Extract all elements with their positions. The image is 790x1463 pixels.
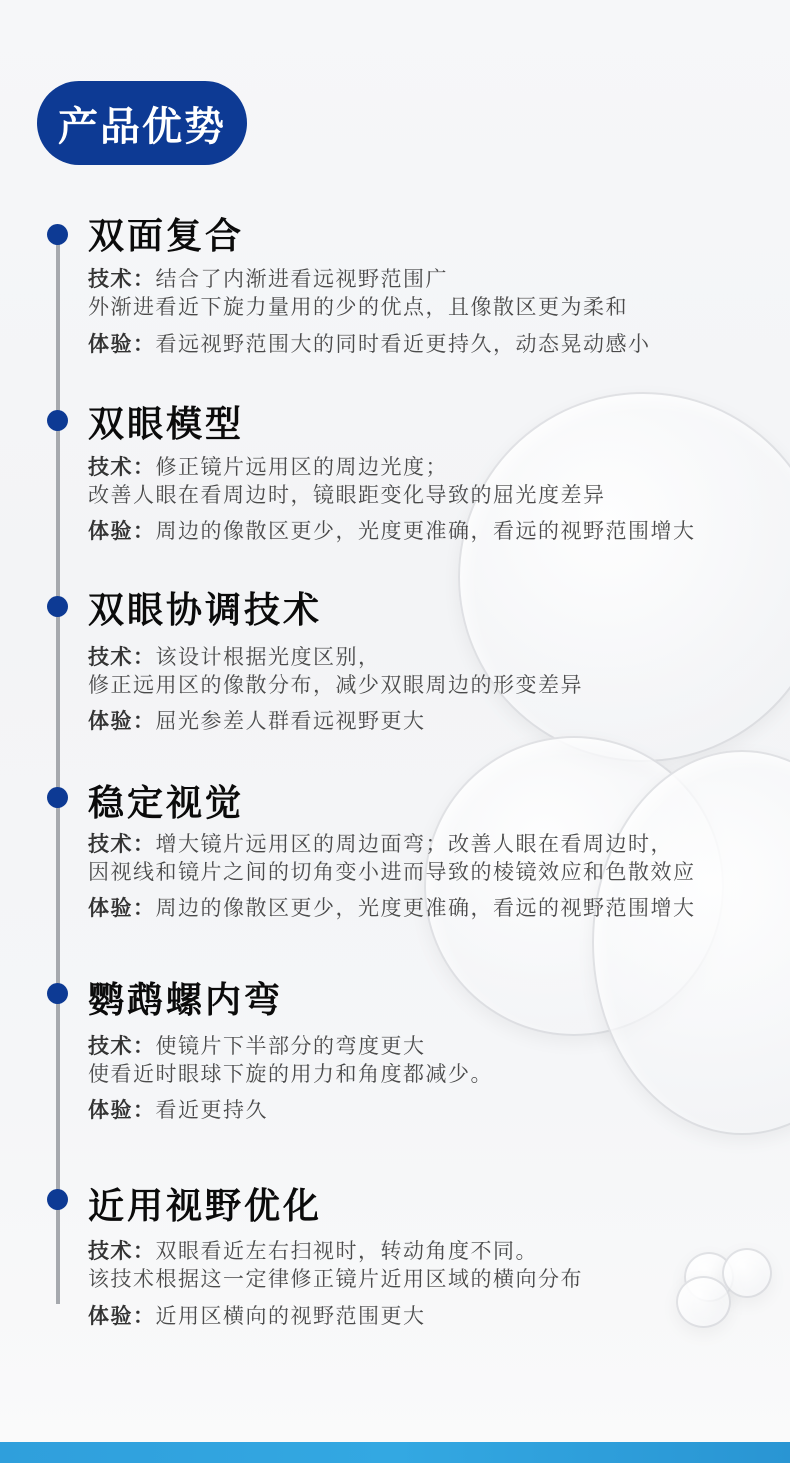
tech-line-2: 修正远用区的像散分布，减少双眼周边的形变差异 <box>88 669 583 699</box>
experience-label: 体验： <box>88 519 156 543</box>
bottom-color-band <box>0 1442 790 1463</box>
timeline-dot-icon <box>47 787 68 808</box>
experience-text: 看远视野范围大的同时看近更持久，动态晃动感小 <box>156 332 651 356</box>
experience-text: 周边的像散区更少，光度更准确，看远的视野范围增大 <box>156 896 696 920</box>
tech-label: 技术： <box>88 1239 156 1263</box>
feature-title: 双眼协调技术 <box>88 582 322 633</box>
tech-line-2: 使看近时眼球下旋的用力和角度都减少。 <box>88 1058 493 1088</box>
tech-label: 技术： <box>88 455 156 479</box>
experience-line: 体验：看远视野范围大的同时看近更持久，动态晃动感小 <box>88 328 651 358</box>
tech-line-1: 技术：修正镜片远用区的周边光度； <box>88 451 448 481</box>
experience-label: 体验： <box>88 1304 156 1328</box>
feature-title: 稳定视觉 <box>88 775 244 826</box>
tech-line-1: 技术：该设计根据光度区别， <box>88 641 381 671</box>
timeline-dot-icon <box>47 596 68 617</box>
tech-text: 该设计根据光度区别， <box>156 645 381 669</box>
tech-line-1: 技术：双眼看近左右扫视时，转动角度不同。 <box>88 1235 538 1265</box>
timeline-dot-icon <box>47 1189 68 1210</box>
experience-line: 体验：屈光参差人群看远视野更大 <box>88 705 426 735</box>
tech-text: 双眼看近左右扫视时，转动角度不同。 <box>156 1239 539 1263</box>
tech-text: 使镜片下半部分的弯度更大 <box>156 1034 426 1058</box>
tech-text: 增大镜片远用区的周边面弯；改善人眼在看周边时， <box>156 832 674 856</box>
lens-decoration-small-2 <box>722 1248 772 1298</box>
experience-line: 体验：看近更持久 <box>88 1094 268 1124</box>
tech-label: 技术： <box>88 832 156 856</box>
tech-line-2: 该技术根据这一定律修正镜片近用区域的横向分布 <box>88 1263 583 1293</box>
experience-label: 体验： <box>88 896 156 920</box>
experience-text: 看近更持久 <box>156 1098 269 1122</box>
tech-label: 技术： <box>88 645 156 669</box>
feature-title: 双眼模型 <box>88 396 244 447</box>
experience-label: 体验： <box>88 709 156 733</box>
experience-line: 体验：周边的像散区更少，光度更准确，看远的视野范围增大 <box>88 892 696 922</box>
feature-title: 鹦鹉螺内弯 <box>88 972 283 1023</box>
lens-decoration-1 <box>458 392 790 762</box>
experience-label: 体验： <box>88 1098 156 1122</box>
tech-line-1: 技术：结合了内渐进看远视野范围广 <box>88 263 448 293</box>
lens-decoration-small-3 <box>676 1276 731 1328</box>
experience-text: 近用区横向的视野范围更大 <box>156 1304 426 1328</box>
section-header-badge: 产品优势 <box>37 81 247 165</box>
experience-text: 周边的像散区更少，光度更准确，看远的视野范围增大 <box>156 519 696 543</box>
timeline-dot-icon <box>47 410 68 431</box>
tech-line-1: 技术：增大镜片远用区的周边面弯；改善人眼在看周边时， <box>88 828 673 858</box>
tech-label: 技术： <box>88 267 156 291</box>
experience-line: 体验：周边的像散区更少，光度更准确，看远的视野范围增大 <box>88 515 696 545</box>
tech-text: 结合了内渐进看远视野范围广 <box>156 267 449 291</box>
timeline-dot-icon <box>47 224 68 245</box>
experience-label: 体验： <box>88 332 156 356</box>
experience-line: 体验：近用区横向的视野范围更大 <box>88 1300 426 1330</box>
feature-title: 双面复合 <box>88 208 244 259</box>
tech-label: 技术： <box>88 1034 156 1058</box>
tech-line-2: 改善人眼在看周边时，镜眼距变化导致的屈光度差异 <box>88 479 606 509</box>
timeline-dot-icon <box>47 983 68 1004</box>
experience-text: 屈光参差人群看远视野更大 <box>156 709 426 733</box>
tech-line-2: 因视线和镜片之间的切角变小进而导致的棱镜效应和色散效应 <box>88 856 696 886</box>
tech-text: 修正镜片远用区的周边光度； <box>156 455 449 479</box>
feature-title: 近用视野优化 <box>88 1178 322 1229</box>
tech-line-2: 外渐进看近下旋力量用的少的优点，且像散区更为柔和 <box>88 291 628 321</box>
timeline-line <box>56 238 60 1304</box>
tech-line-1: 技术：使镜片下半部分的弯度更大 <box>88 1030 426 1060</box>
